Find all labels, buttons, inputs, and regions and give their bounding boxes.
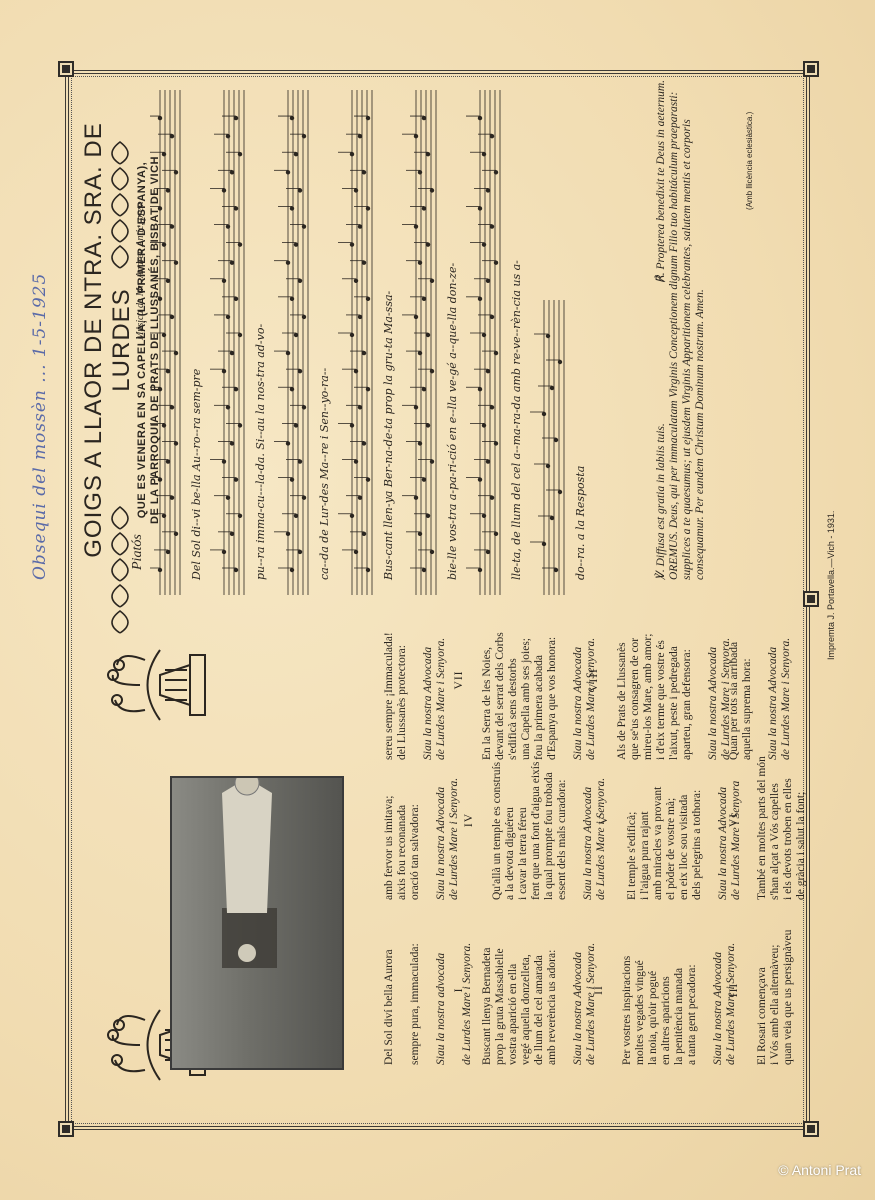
border-corner-ornament [803, 61, 819, 77]
svg-text:ca--da de Lur-des Ma--re i Sen: ca--da de Lur-des Ma--re i Sen--yo-ra-- [318, 367, 331, 580]
printer-credit: Impremta J. Portavella.—Vich - 1931. [826, 511, 836, 660]
stanza-III: III El Rosari començavai Vós amb ella al… [715, 915, 808, 1065]
svg-text:Bus-cant llen-ya Ber-na-de-ta: Bus-cant llen-ya Ber-na-de-ta prop la gr… [382, 290, 395, 581]
page-title: GOIGS A LLAOR DE NTRA. SRA. DE LURDES [80, 100, 136, 580]
rotated-goigs-page: Obsequi del mossèn ... 1-5-1925 [0, 0, 875, 1200]
scanned-sheet: Obsequi del mossèn ... 1-5-1925 [0, 0, 875, 1200]
verse-line: Del Sol diví bella Aurora [383, 915, 396, 1065]
verse-line: sempre pura, immaculada: [409, 915, 422, 1065]
border-corner-ornament [58, 61, 74, 77]
prayer-text: OREMUS. Deus, qui per immaculatam Virgin… [668, 80, 707, 580]
music-score: Del Sol di--vi be-lla Au--ro--ra sem-pre… [150, 80, 620, 600]
svg-text:pu--ra imma-cu---la-da. Si--: pu--ra imma-cu---la-da. Si--au la nos-tr… [254, 324, 267, 580]
svg-text:lle-ta, de llum del cel a--ma-: lle-ta, de llum del cel a--ma-ra-da amb … [510, 260, 523, 580]
flower-vase-ornament-icon [105, 625, 215, 745]
handwritten-note: Obsequi del mossèn ... 1-5-1925 [30, 273, 50, 580]
versicle: ℣. Diffusa est gratia in labiis tuis. [655, 423, 668, 580]
border-corner-ornament [58, 1121, 74, 1137]
virgin-of-lourdes-photo [170, 776, 344, 1070]
ecclesiastical-licence: (Amb llicència eclesiàstica.) [745, 112, 754, 210]
response: ℟. Propterea benedixit te Deus in aetern… [655, 80, 668, 283]
stanza-VI: VI També en moltes parts del móns'han al… [715, 740, 821, 900]
svg-text:bie-lle vos-tra a-pa-ri-ció: bie-lle vos-tra a-pa-ri-ció en e--lla ve… [446, 263, 459, 580]
border-corner-ornament [803, 1121, 819, 1137]
final-stanza: Quan per tots sia arribadaaquella suprem… [715, 600, 806, 760]
copyright-watermark: © Antoni Prat [778, 1162, 861, 1178]
latin-prayer: ℣. Diffusa est gratia in labiis tuis. ℟.… [655, 80, 707, 580]
tempo-marking: Piatós [130, 534, 146, 570]
statue-figure [192, 776, 302, 968]
svg-text:Del Sol di--vi be-lla Au--ro--: Del Sol di--vi be-lla Au--ro--ra sem-pre [190, 368, 203, 581]
svg-text:do--ra. a la Resposta: do--ra. a la Resposta [574, 466, 587, 580]
composer-credit: Música de Mn. Andreu Antic, prev. [135, 201, 146, 340]
subtitle: QUE ES VENERA EN SA CAPELLA, (LA PRIMERA… [136, 100, 149, 580]
